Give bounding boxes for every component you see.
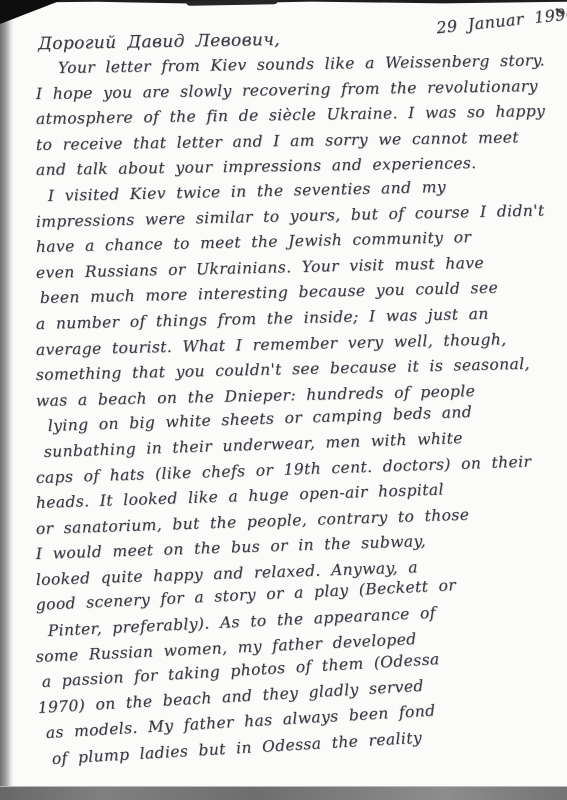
scanner-left-edge <box>0 0 9 800</box>
letter-salutation: Дорогий Давид Левович, <box>38 30 280 54</box>
scan-top-edge-line <box>0 0 567 4</box>
scan-top-left-corner-mark <box>0 0 62 24</box>
scan-top-smudge <box>186 0 278 6</box>
scanner-bottom-bar <box>0 787 567 800</box>
letter-body: Your letter from Kiev sounds like a Weis… <box>36 59 562 776</box>
letter-date: 29 Januar 1990 <box>435 4 567 38</box>
scanned-letter-page: 29 Januar 1990 Дорогий Давид Левович, Yo… <box>0 0 567 800</box>
